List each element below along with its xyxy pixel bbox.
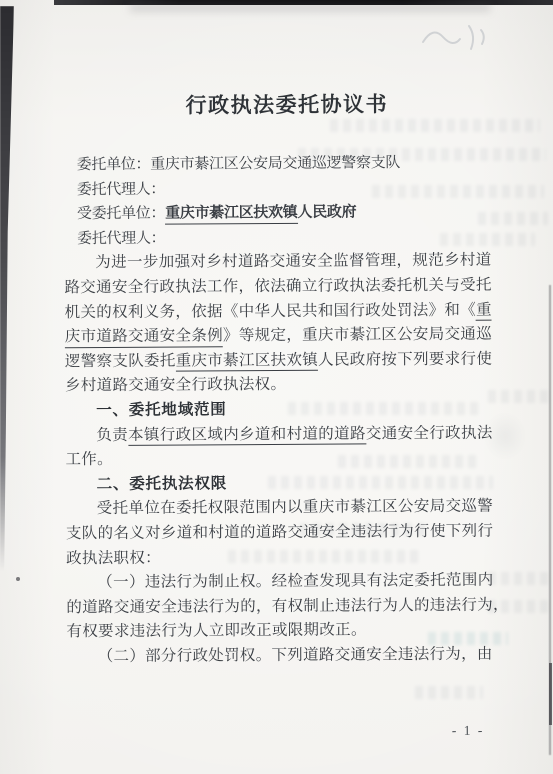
document-body: 委托单位：重庆市綦江区公安局交通巡逻警察支队委托代理人：受委托单位：重庆市綦江区… <box>64 151 494 670</box>
document-line: 乡村道路交通安全行政执法权。 <box>65 372 492 399</box>
document-line: 委托单位：重庆市綦江区公安局交通巡逻警察支队 <box>77 151 491 178</box>
text-segment: 人民政府按下列要求行使 <box>318 350 492 368</box>
text-segment: 逻警察支队委托 <box>65 352 176 370</box>
document-line: 负责本镇行政区域内乡道和村道的道路交通安全行政执法 <box>65 421 492 448</box>
text-segment: 的道路交通安全违法行为的，有权制止违法行为人的违法行为， <box>66 596 509 616</box>
document-line: （一）违法行为制止权。经检查发现具有法定委托范围内 <box>66 569 493 596</box>
text-segment: 委托代理人： <box>77 181 165 198</box>
text-segment: 受托单位在委托权限范围内以重庆市綦江区公安局交巡警 <box>97 498 493 517</box>
text-segment: 为进一步加强对乡村道路交通安全监督管理，规范乡村道 <box>95 252 491 271</box>
text-segment: 乡村道路交通安全行政执法权。 <box>65 376 286 394</box>
text-segment: 路交通安全行政执法工作，依法确立行政执法委托机关与受托 <box>64 277 491 297</box>
document-line: 机关的权利义务，依据《中华人民共和国行政处罚法》和《重 <box>65 298 492 325</box>
text-segment: 》等规定，重庆市綦江区公安局交通巡 <box>223 326 492 345</box>
document-line: 一、委托地域范围 <box>65 397 492 424</box>
text-segment: 二、委托执法权限 <box>97 475 228 493</box>
text-segment: 政执法职权： <box>66 549 161 567</box>
document-line: 支队的名义对乡道和村道的道路交通安全违法行为行使下列行 <box>66 520 493 547</box>
document-title: 行政执法委托协议书 <box>73 89 500 122</box>
document-line: 有权要求违法行为人立即改正或限期改正。 <box>66 618 493 645</box>
document-content: 行政执法委托协议书 委托单位：重庆市綦江区公安局交通巡逻警察支队委托代理人：受委… <box>0 0 553 774</box>
document-line: 工作。 <box>65 446 492 473</box>
document-line: 委托代理人： <box>77 175 491 202</box>
document-line: 二、委托执法权限 <box>66 470 493 497</box>
document-line: 委托代理人： <box>77 224 491 251</box>
text-segment: （二）部分行政处罚权。下列道路交通安全违法行为，由 <box>98 646 493 665</box>
document-line: 的道路交通安全违法行为的，有权制止违法行为人的违法行为， <box>66 593 493 620</box>
document-line: 庆市道路交通安全条例》等规定，重庆市綦江区公安局交通巡 <box>65 323 492 350</box>
page-number: - 1 - <box>435 723 501 739</box>
document-line: 政执法职权： <box>66 544 493 571</box>
text-segment: 工作。 <box>65 451 113 468</box>
document-line: （二）部分行政处罚权。下列道路交通安全违法行为，由 <box>67 643 494 670</box>
document-line: 受托单位在委托权限范围内以重庆市綦江区公安局交巡警 <box>66 495 493 522</box>
document-line: 逻警察支队委托重庆市綦江区扶欢镇人民政府按下列要求行使 <box>65 347 492 374</box>
underlined-text: 重 <box>476 301 492 321</box>
document-line: 为进一步加强对乡村道路交通安全监督管理，规范乡村道 <box>64 249 491 276</box>
text-segment: 一、委托地域范围 <box>96 401 227 419</box>
text-segment: 委托代理人： <box>77 230 165 247</box>
text-segment: 有权要求违法行为人立即改正或限期改正。 <box>66 622 366 641</box>
underlined-text: 庆市道路交通安全条例 <box>65 327 223 347</box>
text-segment: 人民政府 <box>297 205 356 221</box>
text-segment: 委托单位：重庆市綦江区公安局交通巡逻警察支队 <box>77 155 400 173</box>
text-segment: 机关的权利义务，依据《中华人民共和国行政处罚法》和《 <box>65 301 477 321</box>
text-segment: 支队的名义对乡道和村道的道路交通安全违法行为行使下列行 <box>66 523 493 543</box>
text-segment: 负责 <box>96 426 128 443</box>
text-segment: 交通安全行政执法 <box>366 424 493 442</box>
text-segment: 受委托单位： <box>77 206 165 223</box>
underlined-text: 重庆市綦江区扶欢镇 <box>165 205 297 224</box>
text-segment: （一）违法行为制止权。经检查发现具有法定委托范围内 <box>97 572 493 591</box>
document-line: 路交通安全行政执法工作，依法确立行政执法委托机关与受托 <box>64 274 491 301</box>
underlined-text: 本镇行政区域内乡道和村道的道路 <box>128 425 366 446</box>
scanned-document-page: 行政执法委托协议书 委托单位：重庆市綦江区公安局交通巡逻警察支队委托代理人：受委… <box>0 0 553 774</box>
underlined-text: 重庆市綦江区扶欢镇 <box>176 351 319 371</box>
document-line: 受委托单位：重庆市綦江区扶欢镇人民政府 <box>77 200 491 227</box>
